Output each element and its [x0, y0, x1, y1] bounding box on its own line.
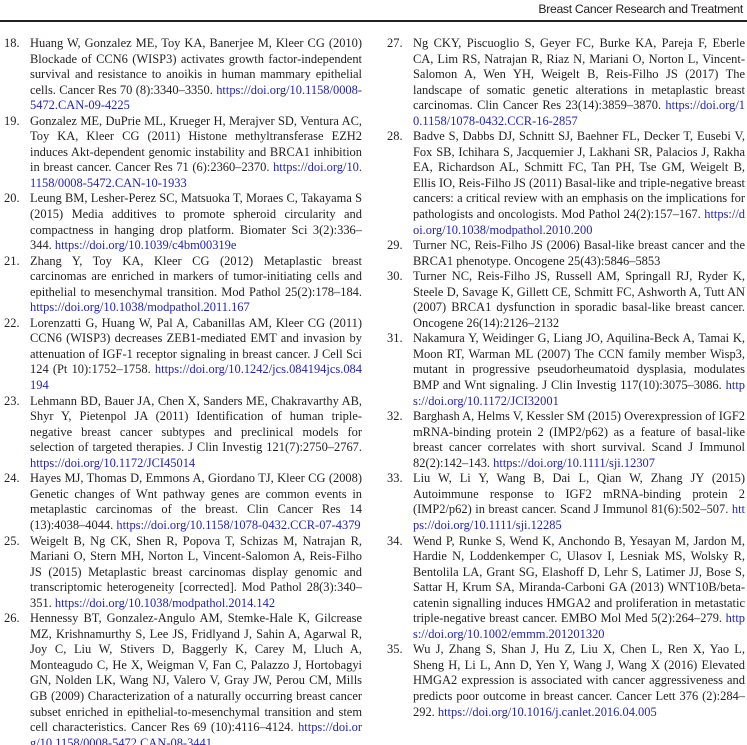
reference-column-right: 27.Ng CKY, Piscuoglio S, Geyer FC, Burke… — [387, 36, 745, 720]
reference-item: 30.Turner NC, Reis-Filho JS, Russell AM,… — [387, 269, 745, 331]
reference-number: 26. — [4, 611, 20, 627]
reference-item: 27.Ng CKY, Piscuoglio S, Geyer FC, Burke… — [387, 36, 745, 129]
reference-number: 22. — [4, 316, 20, 332]
reference-item: 25.Weigelt B, Ng CK, Shen R, Popova T, S… — [4, 534, 362, 612]
reference-item: 19.Gonzalez ME, DuPrie ML, Krueger H, Me… — [4, 114, 362, 192]
reference-item: 33.Liu W, Li Y, Wang B, Dai L, Qian W, Z… — [387, 471, 745, 533]
reference-item: 35.Wu J, Zhang S, Shan J, Hu Z, Liu X, C… — [387, 642, 745, 720]
reference-number: 33. — [387, 471, 403, 487]
doi-link[interactable]: https://doi.org/10.1038/modpathol.2011.1… — [30, 300, 250, 314]
reference-number: 19. — [4, 114, 20, 130]
doi-link[interactable]: https://doi.org/10.1158/1078-0432.CCR-07… — [116, 518, 360, 532]
reference-column-left: 18.Huang W, Gonzalez ME, Toy KA, Banerje… — [4, 36, 362, 745]
reference-text: Liu W, Li Y, Wang B, Dai L, Qian W, Zhan… — [413, 471, 745, 516]
reference-item: 31.Nakamura Y, Weidinger G, Liang JO, Aq… — [387, 331, 745, 409]
reference-text: Turner NC, Reis-Filho JS, Russell AM, Sp… — [413, 269, 745, 330]
reference-number: 18. — [4, 36, 20, 52]
reference-number: 23. — [4, 394, 20, 410]
journal-title: Breast Cancer Research and Treatment — [538, 2, 743, 16]
reference-number: 27. — [387, 36, 403, 52]
doi-link[interactable]: https://doi.org/10.1111/sji.12307 — [493, 456, 655, 470]
reference-number: 35. — [387, 642, 403, 658]
reference-item: 22.Lorenzatti G, Huang W, Pal A, Cabanil… — [4, 316, 362, 394]
reference-item: 23.Lehmann BD, Bauer JA, Chen X, Sanders… — [4, 394, 362, 472]
reference-text: Zhang Y, Toy KA, Kleer CG (2012) Metapla… — [30, 254, 362, 299]
reference-item: 20.Leung BM, Lesher-Perez SC, Matsuoka T… — [4, 191, 362, 253]
reference-number: 21. — [4, 254, 20, 270]
reference-text: Lehmann BD, Bauer JA, Chen X, Sanders ME… — [30, 394, 362, 455]
reference-text: Badve S, Dabbs DJ, Schnitt SJ, Baehner F… — [413, 129, 745, 221]
reference-item: 29.Turner NC, Reis-Filho JS (2006) Basal… — [387, 238, 745, 269]
reference-item: 34.Wend P, Runke S, Wend K, Anchondo B, … — [387, 534, 745, 643]
reference-text: Turner NC, Reis-Filho JS (2006) Basal-li… — [413, 238, 745, 268]
doi-link[interactable]: https://doi.org/10.1039/c4bm00319e — [55, 238, 237, 252]
reference-item: 18.Huang W, Gonzalez ME, Toy KA, Banerje… — [4, 36, 362, 114]
running-header: Breast Cancer Research and Treatment — [0, 0, 747, 20]
header-divider — [0, 20, 747, 22]
reference-item: 21.Zhang Y, Toy KA, Kleer CG (2012) Meta… — [4, 254, 362, 316]
reference-item: 32.Barghash A, Helms V, Kessler SM (2015… — [387, 409, 745, 471]
reference-number: 28. — [387, 129, 403, 145]
reference-text: Hennessy BT, Gonzalez-Angulo AM, Stemke-… — [30, 611, 362, 734]
reference-number: 30. — [387, 269, 403, 285]
reference-number: 25. — [4, 534, 20, 550]
reference-number: 24. — [4, 471, 20, 487]
reference-number: 31. — [387, 331, 403, 347]
doi-link[interactable]: https://doi.org/10.1038/modpathol.2014.1… — [55, 596, 275, 610]
doi-link[interactable]: https://doi.org/10.1016/j.canlet.2016.04… — [438, 705, 657, 719]
reference-number: 32. — [387, 409, 403, 425]
reference-item: 24.Hayes MJ, Thomas D, Emmons A, Giordan… — [4, 471, 362, 533]
reference-number: 29. — [387, 238, 403, 254]
reference-text: Nakamura Y, Weidinger G, Liang JO, Aquil… — [413, 331, 745, 392]
reference-text: Wend P, Runke S, Wend K, Anchondo B, Yes… — [413, 534, 745, 626]
reference-number: 34. — [387, 534, 403, 550]
reference-item: 26.Hennessy BT, Gonzalez-Angulo AM, Stem… — [4, 611, 362, 745]
reference-number: 20. — [4, 191, 20, 207]
reference-item: 28.Badve S, Dabbs DJ, Schnitt SJ, Baehne… — [387, 129, 745, 238]
doi-link[interactable]: https://doi.org/10.1172/JCI45014 — [30, 456, 195, 470]
